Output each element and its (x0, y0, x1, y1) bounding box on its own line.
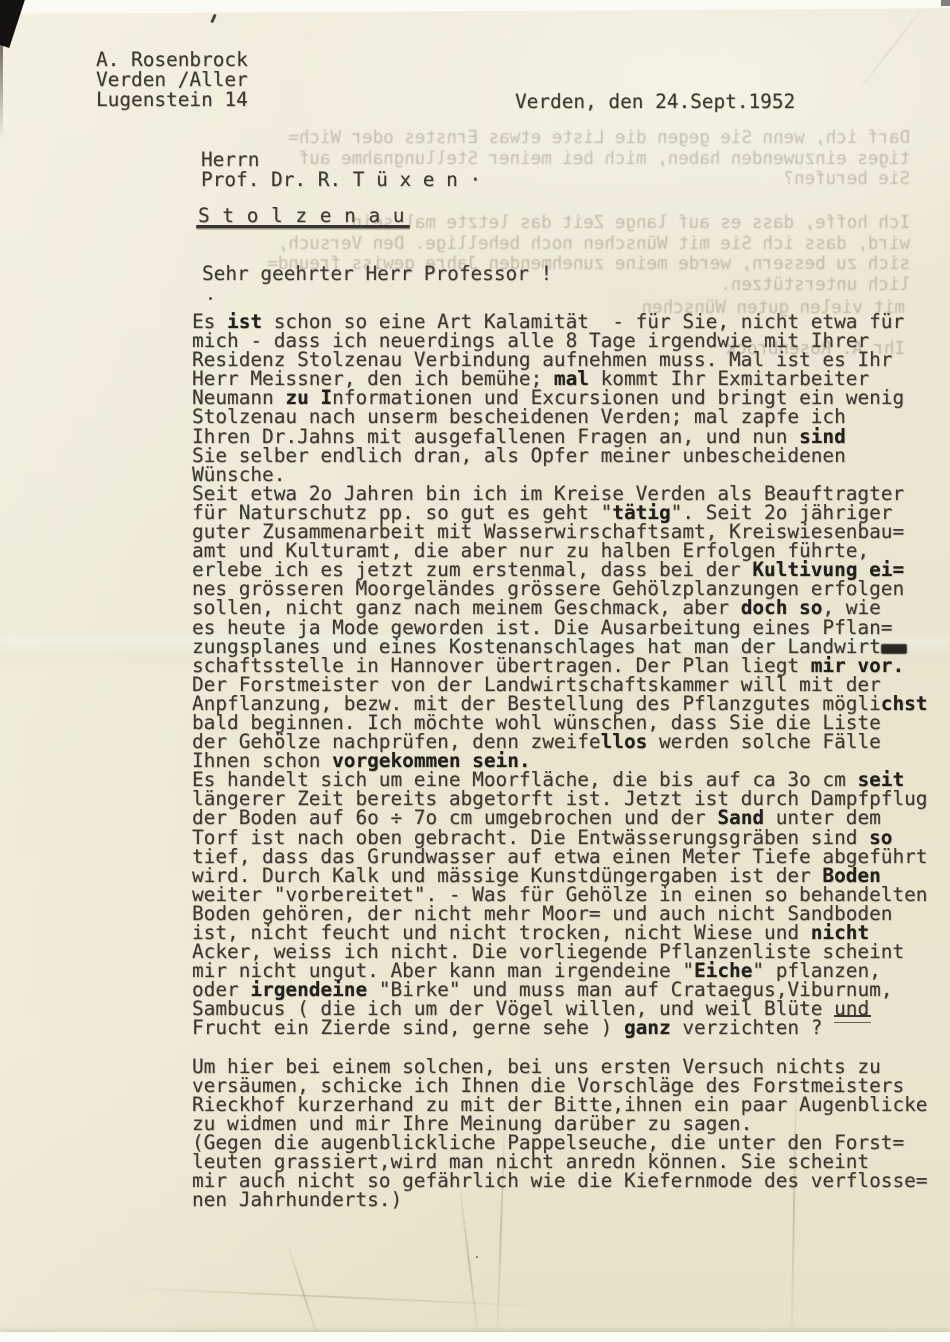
text-line: Torf ist nach oben gebracht. Die Entwäss… (192, 828, 927, 847)
letter-body: Es ist schon so eine Art Kalamität - für… (192, 312, 927, 1209)
text-line: schaftsstelle in Hannover übertragen. De… (192, 656, 927, 675)
text-line: Der Forstmeister von der Landwirtschafts… (192, 675, 927, 694)
scan-edge-mark (0, 0, 3, 140)
salutation: Sehr geehrter Herr Professor ! (202, 264, 552, 283)
text-line: nen Jahrhunderts.) (192, 1190, 927, 1209)
text-line: Sie selber endlich dran, als Opfer meine… (192, 446, 927, 465)
ink-speck (210, 14, 216, 23)
text-line: tief, dass das Grundwasser auf etwa eine… (192, 847, 927, 866)
text-line: A. Rosenbrock (96, 50, 248, 70)
text-line (192, 1038, 927, 1057)
text-line: wird. Durch Kalk und mässige Kunstdünger… (192, 866, 927, 885)
text-line: Frucht ein Zierde sind, gerne sehe ) gan… (192, 1018, 927, 1037)
text-line: Wünsche. (192, 465, 927, 484)
paper-crease (120, 1287, 550, 1307)
scan-corner-mark (941, 0, 950, 6)
recipient-city: S t o l z e n a u (198, 206, 405, 228)
text-line: Darf ich, wenn Sie gegen die Liste etwas… (270, 128, 910, 149)
ink-smear (881, 644, 907, 654)
ink-speck (476, 1256, 478, 1258)
text-line: es heute ja Mode geworden ist. Die Ausar… (192, 618, 927, 637)
text-line: Um hier bei einem solchen, bei uns erste… (192, 1057, 927, 1076)
text-line: tiges einzuwenden haben, mich bei meiner… (270, 149, 910, 170)
scanned-letter-page: Darf ich, wenn Sie gegen die Liste etwas… (0, 0, 950, 1342)
paper-crease (285, 1240, 320, 1342)
text-line: Ihren Dr.Jahns mit ausgefallenen Fragen … (192, 427, 927, 446)
scan-edge-top (0, 0, 950, 14)
recipient-salute: Herrn (201, 150, 259, 169)
text-line: versäumen, schicke ich Ihnen die Vorschl… (192, 1076, 927, 1095)
recipient-city-underlined: S t o l z e n a u (198, 206, 405, 228)
sender-address: A. RosenbrockVerden /AllerLugenstein 14 (96, 50, 248, 109)
paper-crease (853, 0, 929, 97)
text-line: Lugenstein 14 (96, 90, 248, 110)
scan-edge-bottom (0, 1332, 950, 1342)
ink-speck (209, 297, 212, 300)
text-line: Verden /Aller (96, 70, 248, 90)
text-line: wird, dass ich Sie mit Wünschen noch beh… (250, 234, 910, 255)
text-line: der Boden auf 6o ÷ 7o cm umgebrochen und… (192, 808, 927, 827)
recipient-name: Prof. Dr. R. T ü x e n · (201, 170, 481, 189)
dateline: Verden, den 24.Sept.1952 (515, 92, 795, 111)
text-line: sollen, nicht ganz nach meinem Geschmack… (192, 598, 927, 617)
